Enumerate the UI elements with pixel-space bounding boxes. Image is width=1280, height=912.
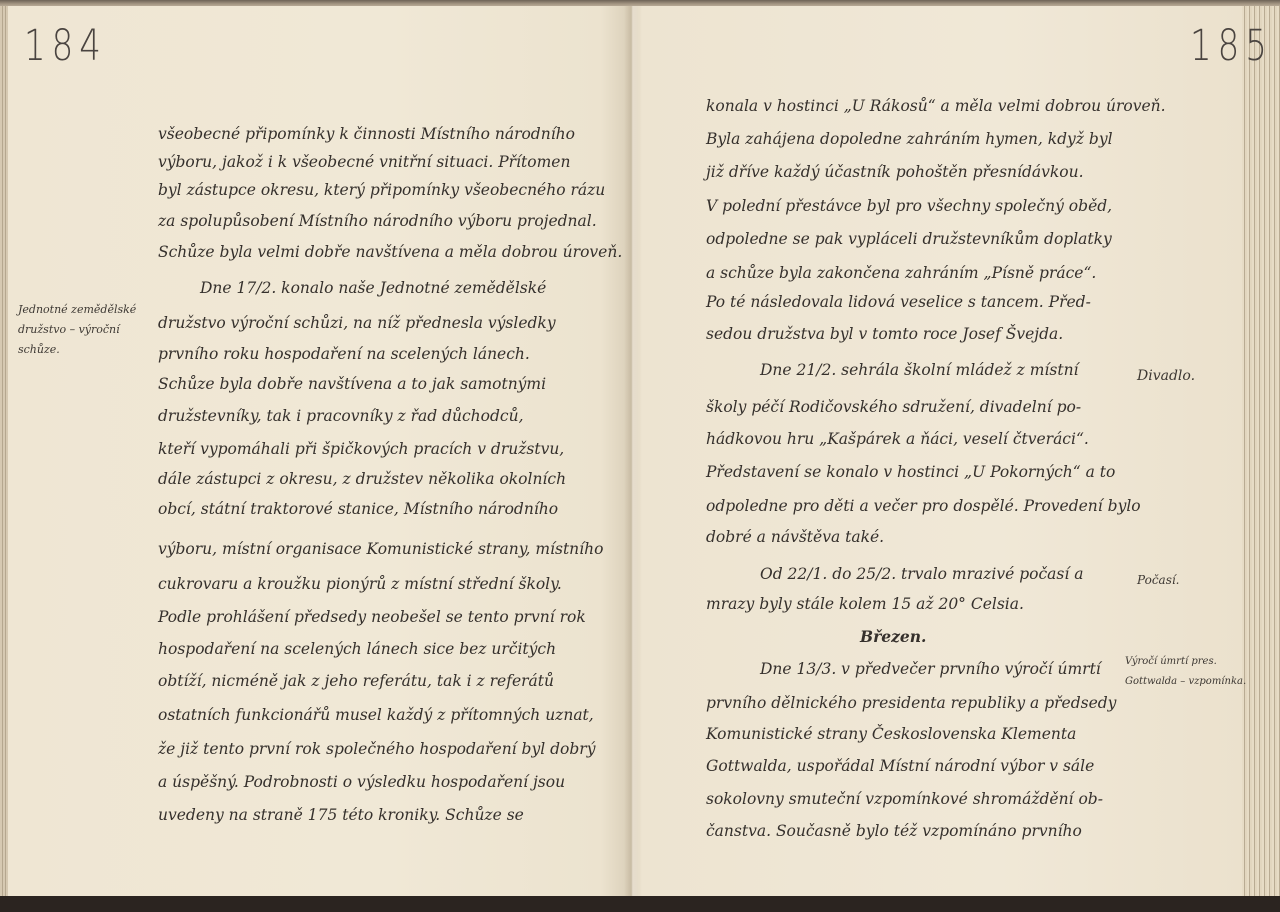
- text-line: družstevníky, tak i pracovníky z řad důc…: [158, 407, 524, 425]
- text-line: hádkovou hru „Kašpárek a ňáci, veselí čt…: [706, 430, 1089, 448]
- text-line: Představení se konalo v hostinci „U Poko…: [706, 463, 1115, 481]
- text-line: Podle prohlášení předsedy neobešel se te…: [158, 608, 586, 626]
- text-line: ostatních funkcionářů musel každý z přít…: [158, 706, 594, 724]
- text-line: uvedeny na straně 175 této kroniky. Schů…: [158, 806, 524, 824]
- text-line: Od 22/1. do 25/2. trvalo mrazivé počasí …: [760, 565, 1084, 583]
- text-line: kteří vypomáhali při špičkových pracích …: [158, 440, 564, 458]
- text-line: Komunistické strany Československa Kleme…: [706, 725, 1076, 743]
- margin-note-line: Počasí.: [1137, 570, 1180, 590]
- text-line: dále zástupci z okresu, z družstev někol…: [158, 470, 566, 488]
- text-line: sokolovny smuteční vzpomínkové shromáždě…: [706, 790, 1103, 808]
- text-line: a schůze byla zakončena zahráním „Písně …: [706, 264, 1096, 282]
- section-heading-brezen: Březen.: [860, 627, 926, 646]
- text-line: dobré a návštěva také.: [706, 528, 884, 546]
- text-line: prvního dělnického presidenta republiky …: [706, 694, 1116, 712]
- text-line: byl zástupce okresu, který připomínky vš…: [158, 181, 605, 199]
- text-line: prvního roku hospodaření na scelených lá…: [158, 345, 530, 363]
- text-line: Gottwalda, uspořádal Místní národní výbo…: [706, 757, 1094, 775]
- margin-note-line: družstvo – výroční: [18, 320, 136, 340]
- text-line: obcí, státní traktorové stanice, Místníh…: [158, 500, 558, 518]
- text-line: sedou družstva byl v tomto roce Josef Šv…: [706, 325, 1063, 343]
- text-line: a úspěšný. Podrobnosti o výsledku hospod…: [158, 773, 565, 791]
- text-line: již dříve každý účastník pohoštěn přesní…: [706, 163, 1084, 181]
- text-line: V polední přestávce byl pro všechny spol…: [706, 197, 1112, 215]
- text-line: Dne 13/3. v předvečer prvního výročí úmr…: [760, 660, 1101, 678]
- margin-note-line: Divadlo.: [1137, 366, 1195, 386]
- margin-note-theatre: Divadlo.: [1137, 366, 1195, 386]
- text-line: výboru, místní organisace Komunistické s…: [158, 540, 603, 558]
- book-bottom-shadow: [0, 896, 1280, 912]
- text-line: Byla zahájena dopoledne zahráním hymen, …: [706, 130, 1113, 148]
- text-line: čanstva. Současně bylo též vzpomínáno pr…: [706, 822, 1082, 840]
- text-line: Schůze byla dobře navštívena a to jak sa…: [158, 375, 546, 393]
- margin-note-line: Výročí úmrtí pres.: [1125, 652, 1246, 672]
- text-line: odpoledne se pak vypláceli družstevníkům…: [706, 230, 1112, 248]
- right-page-stack: [1242, 6, 1280, 900]
- text-line: mrazy byly stále kolem 15 až 20° Celsia.: [706, 595, 1024, 613]
- text-line: všeobecné připomínky k činnosti Místního…: [158, 125, 575, 143]
- text-line: Schůze byla velmi dobře navštívena a měl…: [158, 243, 622, 261]
- margin-note-cooperative-meeting: Jednotné zemědělské družstvo – výroční s…: [18, 300, 136, 360]
- text-line: cukrovaru a kroužku pionýrů z místní stř…: [158, 575, 562, 593]
- margin-note-line: Gottwalda – vzpomínka.: [1125, 672, 1246, 692]
- margin-note-line: schůze.: [18, 340, 136, 360]
- margin-note-weather: Počasí.: [1137, 570, 1180, 590]
- text-line: odpoledne pro děti a večer pro dospělé. …: [706, 497, 1141, 515]
- text-line: Dne 17/2. konalo naše Jednotné zemědělsk…: [200, 279, 546, 297]
- text-line: Dne 21/2. sehrála školní mládež z místní: [760, 361, 1079, 379]
- margin-note-line: Jednotné zemědělské: [18, 300, 136, 320]
- text-line: obtíží, nicméně jak z jeho referátu, tak…: [158, 672, 554, 690]
- text-line: konala v hostinci „U Rákosů“ a měla velm…: [706, 97, 1166, 115]
- left-page-stack: [0, 6, 8, 900]
- text-line: družstvo výroční schůzi, na níž přednesl…: [158, 314, 556, 332]
- text-line: hospodaření na scelených lánech sice bez…: [158, 640, 556, 658]
- text-line: Po té následovala lidová veselice s tanc…: [706, 293, 1091, 311]
- text-line: že již tento první rok společného hospod…: [158, 740, 595, 758]
- text-line: školy péčí Rodičovského sdružení, divade…: [706, 398, 1081, 416]
- page-number-left: 184: [24, 21, 107, 71]
- page-number-right: 185: [1190, 21, 1273, 71]
- text-line: za spolupůsobení Místního národního výbo…: [158, 212, 597, 230]
- text-line: výboru, jakož i k všeobecné vnitřní situ…: [158, 153, 570, 171]
- book-gutter: [624, 6, 640, 900]
- margin-note-gottwald-memorial: Výročí úmrtí pres. Gottwalda – vzpomínka…: [1125, 652, 1246, 692]
